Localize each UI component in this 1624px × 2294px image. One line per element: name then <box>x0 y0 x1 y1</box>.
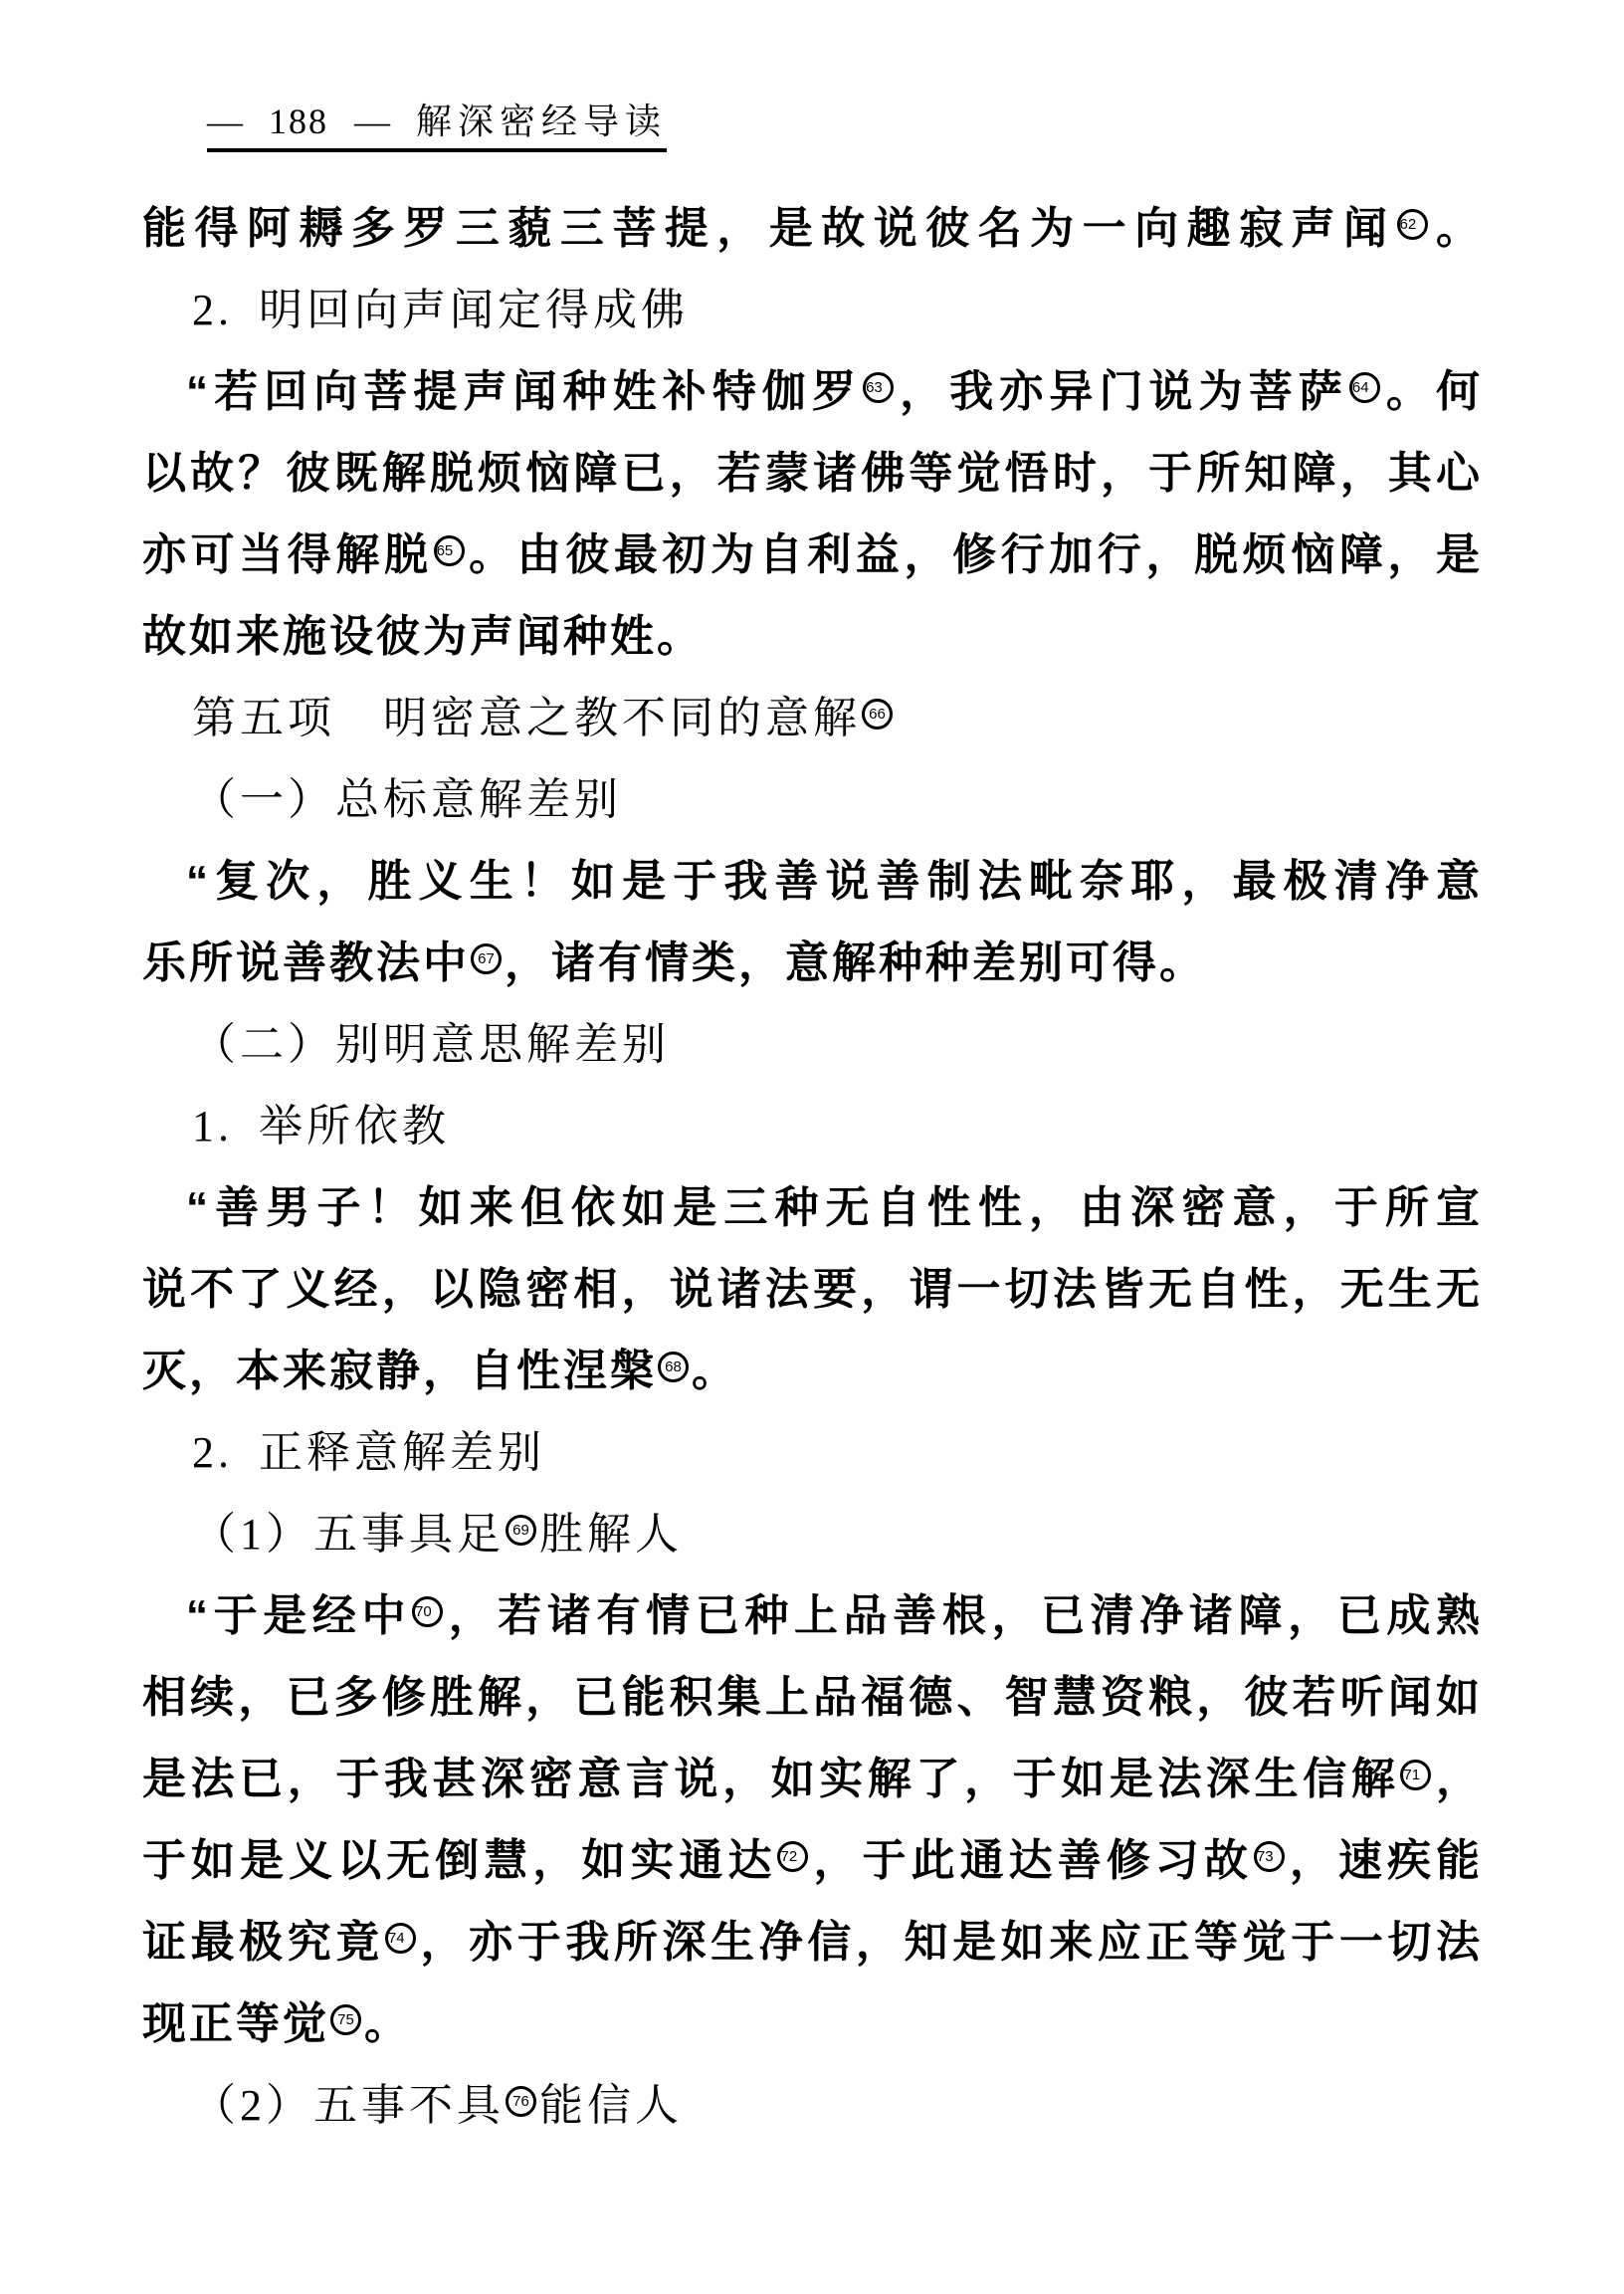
text-line: 相续，已多修胜解，已能积集上品福德、智慧资粮，彼若听闻如 <box>142 1657 1483 1739</box>
footnote-ref: 74 <box>385 1923 416 1954</box>
header-dash-right: — <box>354 102 390 141</box>
text-line: “善男子！如来但依如是三种无自性性，由深密意，于所宣 <box>142 1167 1483 1249</box>
text-run: ，亦于我所深生净信，知是如来应正等觉于一切法 <box>419 1918 1483 1967</box>
text-line: 证最极究竟74，亦于我所深生净信，知是如来应正等觉于一切法 <box>142 1902 1483 1983</box>
page-body: 能得阿耨多罗三藐三菩提，是故说彼名为一向趣寂声闻62。2. 明回向声闻定得成佛“… <box>142 188 1483 2147</box>
footnote-ref: 67 <box>471 943 502 974</box>
text-run: 乐所说善教法中 <box>142 938 470 987</box>
footnote-ref: 65 <box>434 535 465 566</box>
text-line: 能得阿耨多罗三藐三菩提，是故说彼名为一向趣寂声闻62。 <box>142 188 1483 270</box>
footnote-ref: 64 <box>1349 372 1380 403</box>
footnote-ref: 71 <box>1400 1760 1431 1790</box>
footnote-ref: 68 <box>658 1352 689 1382</box>
section-heading: （一）总标意解差别 <box>142 759 1483 841</box>
text-run: ，诸有情类，意解种种差别可得。 <box>505 938 1206 987</box>
text-line: 灭，本来寂静，自性涅槃68。 <box>142 1331 1483 1412</box>
text-run: 能得阿耨多罗三藐三菩提，是故说彼名为一向趣寂声闻 <box>142 204 1396 253</box>
text-run: ，若诸有情已种上品善根，已清净诸障，已成熟 <box>446 1591 1483 1640</box>
section-heading: （1）五事具足69胜解人 <box>142 1494 1483 1575</box>
text-run: 。 <box>692 1347 738 1395</box>
section-heading: 2. 正释意解差别 <box>142 1412 1483 1494</box>
text-run: 2. 明回向声闻定得成佛 <box>192 286 689 334</box>
text-run: 以故？彼既解脱烦恼障已，若蒙诸佛等觉悟时，于所知障，其心 <box>142 449 1483 498</box>
text-line: “若回向菩提声闻种姓补特伽罗63，我亦异门说为菩萨64。何 <box>142 351 1483 433</box>
text-run: （二）别明意思解差别 <box>192 1020 670 1069</box>
text-line: 是法已，于我甚深密意言说，如实解了，于如是法深生信解71， <box>142 1739 1483 1820</box>
text-run: 第五项 明密意之教不同的意解 <box>192 694 861 742</box>
section-heading: （2）五事不具76能信人 <box>142 2065 1483 2147</box>
footnote-ref: 73 <box>1254 1841 1285 1872</box>
text-run: ， <box>1434 1755 1483 1803</box>
text-run: 胜解人 <box>539 1510 683 1559</box>
footnote-ref: 72 <box>777 1841 808 1872</box>
section-heading: 1. 举所依教 <box>142 1086 1483 1167</box>
footnote-ref: 75 <box>330 2004 361 2035</box>
footnote-ref: 76 <box>506 2086 536 2117</box>
text-run: ，我亦异门说为菩萨 <box>897 367 1348 416</box>
text-line: 故如来施设彼为声闻种姓。 <box>142 596 1483 678</box>
text-line: “复次，胜义生！如是于我善说善制法毗奈耶，最极清净意 <box>142 841 1483 923</box>
text-run: “若回向菩提声闻种姓补特伽罗 <box>186 367 862 416</box>
section-heading: 第五项 明密意之教不同的意解66 <box>142 678 1483 759</box>
text-run: “善男子！如来但依如是三种无自性性，由深密意，于所宣 <box>186 1183 1483 1232</box>
text-run: 说不了义经，以隐密相，说诸法要，谓一切法皆无自性，无生无 <box>142 1265 1483 1314</box>
text-run: 。由彼最初为自利益，修行加行，脱烦恼障，是 <box>468 530 1483 579</box>
text-run: （1）五事具足 <box>192 1510 505 1559</box>
text-run: ，于此通达善修习故 <box>811 1836 1252 1885</box>
footnote-ref: 70 <box>412 1596 443 1627</box>
text-run: “复次，胜义生！如是于我善说善制法毗奈耶，最极清净意 <box>186 857 1483 906</box>
text-run: 亦可当得解脱 <box>142 530 433 579</box>
footnote-ref: 62 <box>1397 209 1428 240</box>
text-run: 是法已，于我甚深密意言说，如实解了，于如是法深生信解 <box>142 1755 1399 1803</box>
footnote-ref: 66 <box>862 699 893 730</box>
text-line: 说不了义经，以隐密相，说诸法要，谓一切法皆无自性，无生无 <box>142 1249 1483 1331</box>
text-line: “于是经中70，若诸有情已种上品善根，已清净诸障，已成熟 <box>142 1575 1483 1657</box>
footnote-ref: 69 <box>506 1515 536 1546</box>
text-line: 现正等觉75。 <box>142 1983 1483 2065</box>
text-run: 现正等觉 <box>142 1999 329 2048</box>
text-run: “于是经中 <box>186 1591 411 1640</box>
text-run: 相续，已多修胜解，已能积集上品福德、智慧资粮，彼若听闻如 <box>142 1673 1483 1722</box>
text-run: 证最极究竟 <box>142 1918 384 1967</box>
text-run: 。 <box>364 1999 411 2048</box>
page-number: 188 <box>269 102 328 141</box>
text-line: 亦可当得解脱65。由彼最初为自利益，修行加行，脱烦恼障，是 <box>142 515 1483 596</box>
text-run: 2. 正释意解差别 <box>192 1428 545 1477</box>
text-run: （2）五事不具 <box>192 2081 505 2130</box>
book-page: —188—解深密经导读 能得阿耨多罗三藐三菩提，是故说彼名为一向趣寂声闻62。2… <box>0 0 1624 2294</box>
section-heading: 2. 明回向声闻定得成佛 <box>142 270 1483 351</box>
book-title: 解深密经导读 <box>416 102 667 141</box>
text-run: 故如来施设彼为声闻种姓。 <box>142 612 704 661</box>
text-run: 能信人 <box>539 2081 683 2130</box>
text-run: 。 <box>1431 204 1483 253</box>
header-dash-left: — <box>207 102 243 141</box>
text-line: 以故？彼既解脱烦恼障已，若蒙诸佛等觉悟时，于所知障，其心 <box>142 433 1483 515</box>
section-heading: （二）别明意思解差别 <box>142 1004 1483 1086</box>
text-run: 。何 <box>1383 367 1483 416</box>
footnote-ref: 63 <box>863 372 894 403</box>
page-header: —188—解深密经导读 <box>207 102 667 152</box>
text-line: 于如是义以无倒慧，如实通达72，于此通达善修习故73，速疾能 <box>142 1820 1483 1902</box>
text-run: ，速疾能 <box>1288 1836 1483 1885</box>
text-run: 1. 举所依教 <box>192 1102 450 1150</box>
text-run: 灭，本来寂静，自性涅槃 <box>142 1347 657 1395</box>
text-line: 乐所说善教法中67，诸有情类，意解种种差别可得。 <box>142 923 1483 1004</box>
text-run: （一）总标意解差别 <box>192 775 622 824</box>
text-run: 于如是义以无倒慧，如实通达 <box>142 1836 776 1885</box>
